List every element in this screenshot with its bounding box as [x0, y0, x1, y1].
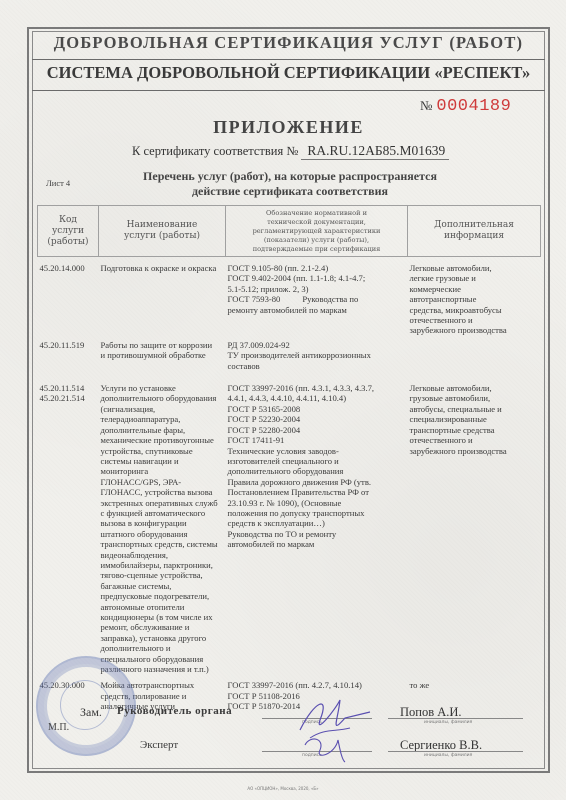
form-serial-number: 0004189	[436, 97, 511, 116]
certificate-number: RA.RU.12АБ85.М01639	[301, 143, 449, 160]
cell-line: Правила дорожного движения РФ (утв.	[228, 477, 406, 487]
cell-line: специализированные	[410, 414, 539, 424]
cell-line: ГОСТ Р 52230-2004	[228, 414, 406, 424]
cell-line: дополнительного оборудования	[101, 393, 224, 403]
column-header-line: регламентирующей характеристики	[229, 227, 404, 236]
service-name: Работы по защите от коррозиии противошум…	[99, 340, 226, 371]
column-header-code: Кодуслуги(работы)	[38, 206, 99, 257]
cell-line: ГОСТ 9.402-2004 (пп. 1.1-1.8; 4.1-4.7;	[228, 273, 406, 283]
cell-line: 4.4.1, 4.4.3, 4.4.10, 4.4.11, 4.10.4)	[228, 393, 406, 403]
cell-line: ГОСТ Р 52280-2004	[228, 425, 406, 435]
table-row: 45.20.14.000Подготовка к окраске и окрас…	[38, 257, 541, 336]
cell-line: автотранспортные	[410, 294, 539, 304]
certification-type-title: ДОБРОВОЛЬНАЯ СЕРТИФИКАЦИЯ УСЛУГ (РАБОТ)	[32, 33, 545, 53]
cell-line: багажные системы,	[101, 581, 224, 591]
cell-line: вызова в конфигурации	[101, 518, 224, 528]
cell-line: предпусковые подогреватели,	[101, 591, 224, 601]
column-header-line: Обозначение нормативной и	[229, 209, 404, 218]
table-header-row: Кодуслуги(работы) Наименованиеуслуги (ра…	[38, 206, 541, 257]
cell-line: транспортных средств, системы	[101, 539, 224, 549]
certificate-reference: К сертификату соответствия № RA.RU.12АБ8…	[132, 143, 449, 160]
cell-line: Постановлением Правительства РФ от	[228, 487, 406, 497]
cell-line: средств к эксплуатации…)	[228, 518, 406, 528]
column-header-info: Дополнительнаяинформация	[408, 206, 541, 257]
service-info	[408, 340, 541, 371]
cell-line: ГОСТ 33997-2016 (пп. 4.3.1, 4.3.3, 4.3.7…	[228, 383, 406, 393]
cell-line: специального оборудования	[101, 654, 224, 664]
cell-line: ГОСТ Р 53165-2008	[228, 404, 406, 414]
header-divider	[32, 90, 545, 91]
column-header-line: услуги	[41, 226, 95, 237]
column-header-line: технической документации,	[229, 218, 404, 227]
head-role-prefix: Зам.	[80, 705, 102, 720]
cell-line: ГОСТ 17411-91	[228, 435, 406, 445]
cell-line: автобусы, специальные и	[410, 404, 539, 414]
service-info: Легковые автомобили,легкие грузовые иком…	[408, 257, 541, 336]
cell-line: транспортные средства	[410, 425, 539, 435]
column-header-line: Код	[41, 215, 95, 226]
list-title: Перечень услуг (работ), на которые распр…	[100, 169, 480, 199]
appendix-title: ПРИЛОЖЕНИЕ	[32, 117, 545, 138]
cell-line: телерадиоаппаратура,	[101, 414, 224, 424]
column-header-line: Дополнительная	[411, 220, 537, 231]
cell-line: дополнительного оборудования	[228, 466, 406, 476]
cell-line: 5.1-5.12; прилож. 2, 3)	[228, 284, 406, 294]
header-divider	[32, 59, 545, 60]
column-header-line: информация	[411, 231, 537, 242]
cell-line: Услуги по установке	[101, 383, 224, 393]
form-number: №0004189	[420, 97, 511, 116]
cell-line: экстренных оперативных служб	[101, 498, 224, 508]
cell-line: Работы по защите от коррозии	[101, 340, 224, 350]
cell-line: Технические условия заводов-	[228, 446, 406, 456]
cell-line: Легковые автомобили,	[410, 383, 539, 393]
cell-line: штатного оборудования	[101, 529, 224, 539]
cell-line: системы навигации и	[101, 456, 224, 466]
head-role: Руководитель органа	[117, 705, 232, 717]
cell-line: коммерческие	[410, 284, 539, 294]
column-header-line: (работы)	[41, 237, 95, 248]
cell-line: отечественного и	[410, 315, 539, 325]
cell-line: автономные отопители	[101, 602, 224, 612]
row-spacer	[38, 371, 541, 383]
cell-line: ГЛОНАСС, устройства вызова	[101, 487, 224, 497]
column-header-line: Наименование	[102, 220, 222, 231]
cell-line: с функцией автоматического	[101, 508, 224, 518]
cell-line: зарубежного производства	[410, 325, 539, 335]
cell-line: заправка), установка другого	[101, 633, 224, 643]
cell-line: кондиционеры (в том числе их	[101, 612, 224, 622]
cell-line: Руководства по ТО и ремонту	[228, 529, 406, 539]
column-header-documents: Обозначение нормативной итехнической док…	[226, 206, 408, 257]
cell-line: легкие грузовые и	[410, 273, 539, 283]
cell-line: устройства, спутниковые	[101, 446, 224, 456]
cell-line: и противошумной обработке	[101, 350, 224, 360]
cell-line: изготовителей специального и	[228, 456, 406, 466]
cell-line: ремонт, обслуживание и	[101, 622, 224, 632]
service-documents: ГОСТ 9.105-80 (пп. 2.1-2.4)ГОСТ 9.402-20…	[226, 257, 408, 336]
number-sign: №	[420, 98, 432, 113]
cell-line: ГОСТ 9.105-80 (пп. 2.1-2.4)	[228, 263, 406, 273]
table-body: 45.20.14.000Подготовка к окраске и окрас…	[38, 257, 541, 712]
expert-name-line	[388, 751, 523, 752]
sheet-number: Лист 4	[46, 178, 70, 188]
table-row: 45.20.11.51445.20.21.514Услуги по устано…	[38, 383, 541, 674]
cell-line: (сигнализация,	[101, 404, 224, 414]
service-code: 45.20.14.000	[38, 257, 99, 336]
cell-line: зарубежного производства	[410, 446, 539, 456]
cell-line: 45.20.11.514	[40, 383, 97, 393]
service-code: 45.20.11.51445.20.21.514	[38, 383, 99, 674]
table-row: 45.20.11.519Работы по защите от коррозии…	[38, 340, 541, 371]
cell-line: видеонаблюдения,	[101, 550, 224, 560]
head-name-line	[388, 718, 523, 719]
service-name: Услуги по установкедополнительного обору…	[99, 383, 226, 674]
column-header-line: подтверждаемые при сертификация	[229, 245, 404, 254]
cell-line: 45.20.11.519	[40, 340, 97, 350]
cell-line: иммобилайзеры, парктроники,	[101, 560, 224, 570]
handwritten-signature	[290, 690, 380, 765]
certification-system-title: СИСТЕМА ДОБРОВОЛЬНОЙ СЕРТИФИКАЦИИ «РЕСПЕ…	[32, 63, 545, 83]
print-house-info: АО «ОПЦИОН», Москва, 2020, «Б»	[0, 786, 566, 791]
cell-line: составов	[228, 361, 406, 371]
services-table: Кодуслуги(работы) Наименованиеуслуги (ра…	[37, 205, 541, 712]
cell-line: 23.10.93 г. № 1090), (Основные	[228, 498, 406, 508]
expert-name-sublabel: инициалы, фамилия	[424, 753, 472, 758]
service-code: 45.20.11.519	[38, 340, 99, 371]
cell-line: автомобилей по маркам	[228, 539, 406, 549]
cell-line: тягово-сцепные устройства,	[101, 570, 224, 580]
cell-line: ГЛОНАСС/GPS, ЭРА-	[101, 477, 224, 487]
cell-line: ТУ производителей антикоррозионных	[228, 350, 406, 360]
column-header-line: (показатели) услуги (работы),	[229, 236, 404, 245]
cell-line: средства, микроавтобусы	[410, 305, 539, 315]
cell-line: мониторинга	[101, 466, 224, 476]
list-title-line: действие сертификата соответствия	[100, 184, 480, 199]
service-documents: ГОСТ 33997-2016 (пп. 4.3.1, 4.3.3, 4.3.7…	[226, 383, 408, 674]
cell-line: Подготовка к окраске и окраска	[101, 263, 224, 273]
cell-line: РД 37.009.024-92	[228, 340, 406, 350]
cell-line: 45.20.21.514	[40, 393, 97, 403]
cell-line: дополнительного и	[101, 643, 224, 653]
stamp-place-label: М.П.	[48, 722, 69, 733]
service-documents: РД 37.009.024-92ТУ производителей антико…	[226, 340, 408, 371]
head-name-sublabel: инициалы, фамилия	[424, 720, 472, 725]
cell-line: Легковые автомобили,	[410, 263, 539, 273]
column-header-line: услуги (работы)	[102, 231, 222, 242]
cell-line: отечественного и	[410, 435, 539, 445]
cell-line: то же	[410, 680, 539, 690]
cell-line: 45.20.14.000	[40, 263, 97, 273]
cell-line: положения по допуску транспортных	[228, 508, 406, 518]
certificate-label: К сертификату соответствия №	[132, 144, 298, 158]
service-info: Легковые автомобили,грузовые автомобили,…	[408, 383, 541, 674]
cell-line: ремонту автомобилей по маркам	[228, 305, 406, 315]
expert-role: Эксперт	[140, 739, 178, 751]
list-title-line: Перечень услуг (работ), на которые распр…	[100, 169, 480, 184]
cell-line: ГОСТ 7593-80Руководства по	[228, 294, 406, 304]
cell-line: механические противоугонные	[101, 435, 224, 445]
cell-line: грузовые автомобили,	[410, 393, 539, 403]
cell-line: дополнительные фары,	[101, 425, 224, 435]
service-name: Подготовка к окраске и окраска	[99, 257, 226, 336]
column-header-name: Наименованиеуслуги (работы)	[99, 206, 226, 257]
